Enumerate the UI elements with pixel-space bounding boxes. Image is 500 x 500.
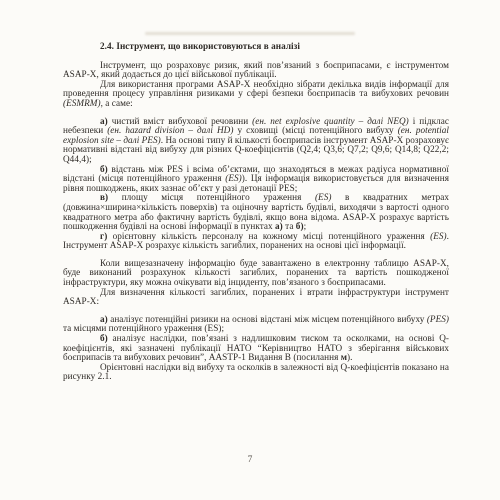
text-run: в) (100, 192, 108, 202)
text-run: (PES) (427, 314, 449, 324)
paragraph: а) аналізує потенційні ризики на основі … (63, 315, 449, 334)
text-run: аналізує наслідки, пов’язані з надлишков… (63, 333, 449, 362)
paragraph: Коли вищезазначену інформацію буде заван… (63, 259, 449, 288)
paragraph: Інструмент, що розраховує ризик, який по… (63, 61, 449, 80)
section-heading: 2.4. Інструмент, що використовуються в а… (63, 42, 449, 52)
text-run: Для визначення кількості загиблих, поран… (63, 287, 449, 307)
text-run: та місцями потенційного ураження (ES); (63, 323, 224, 333)
text-run: б) (100, 333, 108, 343)
text-run: та (283, 221, 296, 231)
text-run: Інструмент, що розраховує ризик, який по… (63, 60, 449, 80)
text-run: а) (100, 116, 108, 126)
page-number: 7 (0, 455, 500, 465)
text-run: (ESMRM) (63, 98, 101, 108)
paragraph: Орієнтовні наслідки від вибуху та осколк… (63, 363, 449, 382)
text-run: аналізує потенційні ризики на основі від… (108, 314, 427, 324)
text-run: у сховищі (місці потенційного вибуху (233, 125, 397, 135)
text-run: Для використання програми ASAP-X необхід… (63, 79, 449, 99)
text-run: орієнтовну кількість персоналу на кожном… (107, 231, 430, 241)
text-run: (ES) (225, 173, 242, 183)
text-run: чистий вміст вибухової речовини (108, 116, 252, 126)
paragraph: Для використання програми ASAP-X необхід… (63, 80, 449, 109)
text-run: (ES) (315, 192, 332, 202)
text-run: , а саме: (101, 98, 133, 108)
text-run: а) (275, 221, 283, 231)
scan-artifact (145, 32, 355, 35)
text-run: (ES) (430, 231, 447, 241)
paragraph: а) чистий вміст вибухової речовини (ен. … (63, 117, 449, 165)
text-run: ). (347, 352, 352, 362)
paragraph: б) аналізує наслідки, пов’язані з надлиш… (63, 334, 449, 363)
paragraph: б) відстань між PES і всіма об’єктами, щ… (63, 165, 449, 194)
text-run: б) (296, 221, 304, 231)
document-body: 2.4. Інструмент, що використовуються в а… (63, 42, 449, 382)
document-page: 2.4. Інструмент, що використовуються в а… (0, 0, 500, 500)
paragraph: г) орієнтовну кількість персоналу на кож… (63, 232, 449, 251)
text-run: площу місця потенційного ураження (108, 192, 315, 202)
text-run: (ен. net explosive quantity – далі NEQ) (252, 116, 409, 126)
text-run: Орієнтовні наслідки від вибуху та осколк… (63, 362, 449, 382)
paragraph: в) площу місця потенційного ураження (ES… (63, 193, 449, 231)
text-run: 2.4. Інструмент, що використовуються в а… (100, 41, 300, 51)
text-run: б) (100, 164, 108, 174)
text-run: (ен. hazard division – далі HD) (107, 125, 233, 135)
paragraph: Для визначення кількості загиблих, поран… (63, 288, 449, 307)
text-run: ; (304, 221, 307, 231)
text-run: Коли вищезазначену інформацію буде заван… (63, 258, 449, 287)
text-run: а) (100, 314, 108, 324)
